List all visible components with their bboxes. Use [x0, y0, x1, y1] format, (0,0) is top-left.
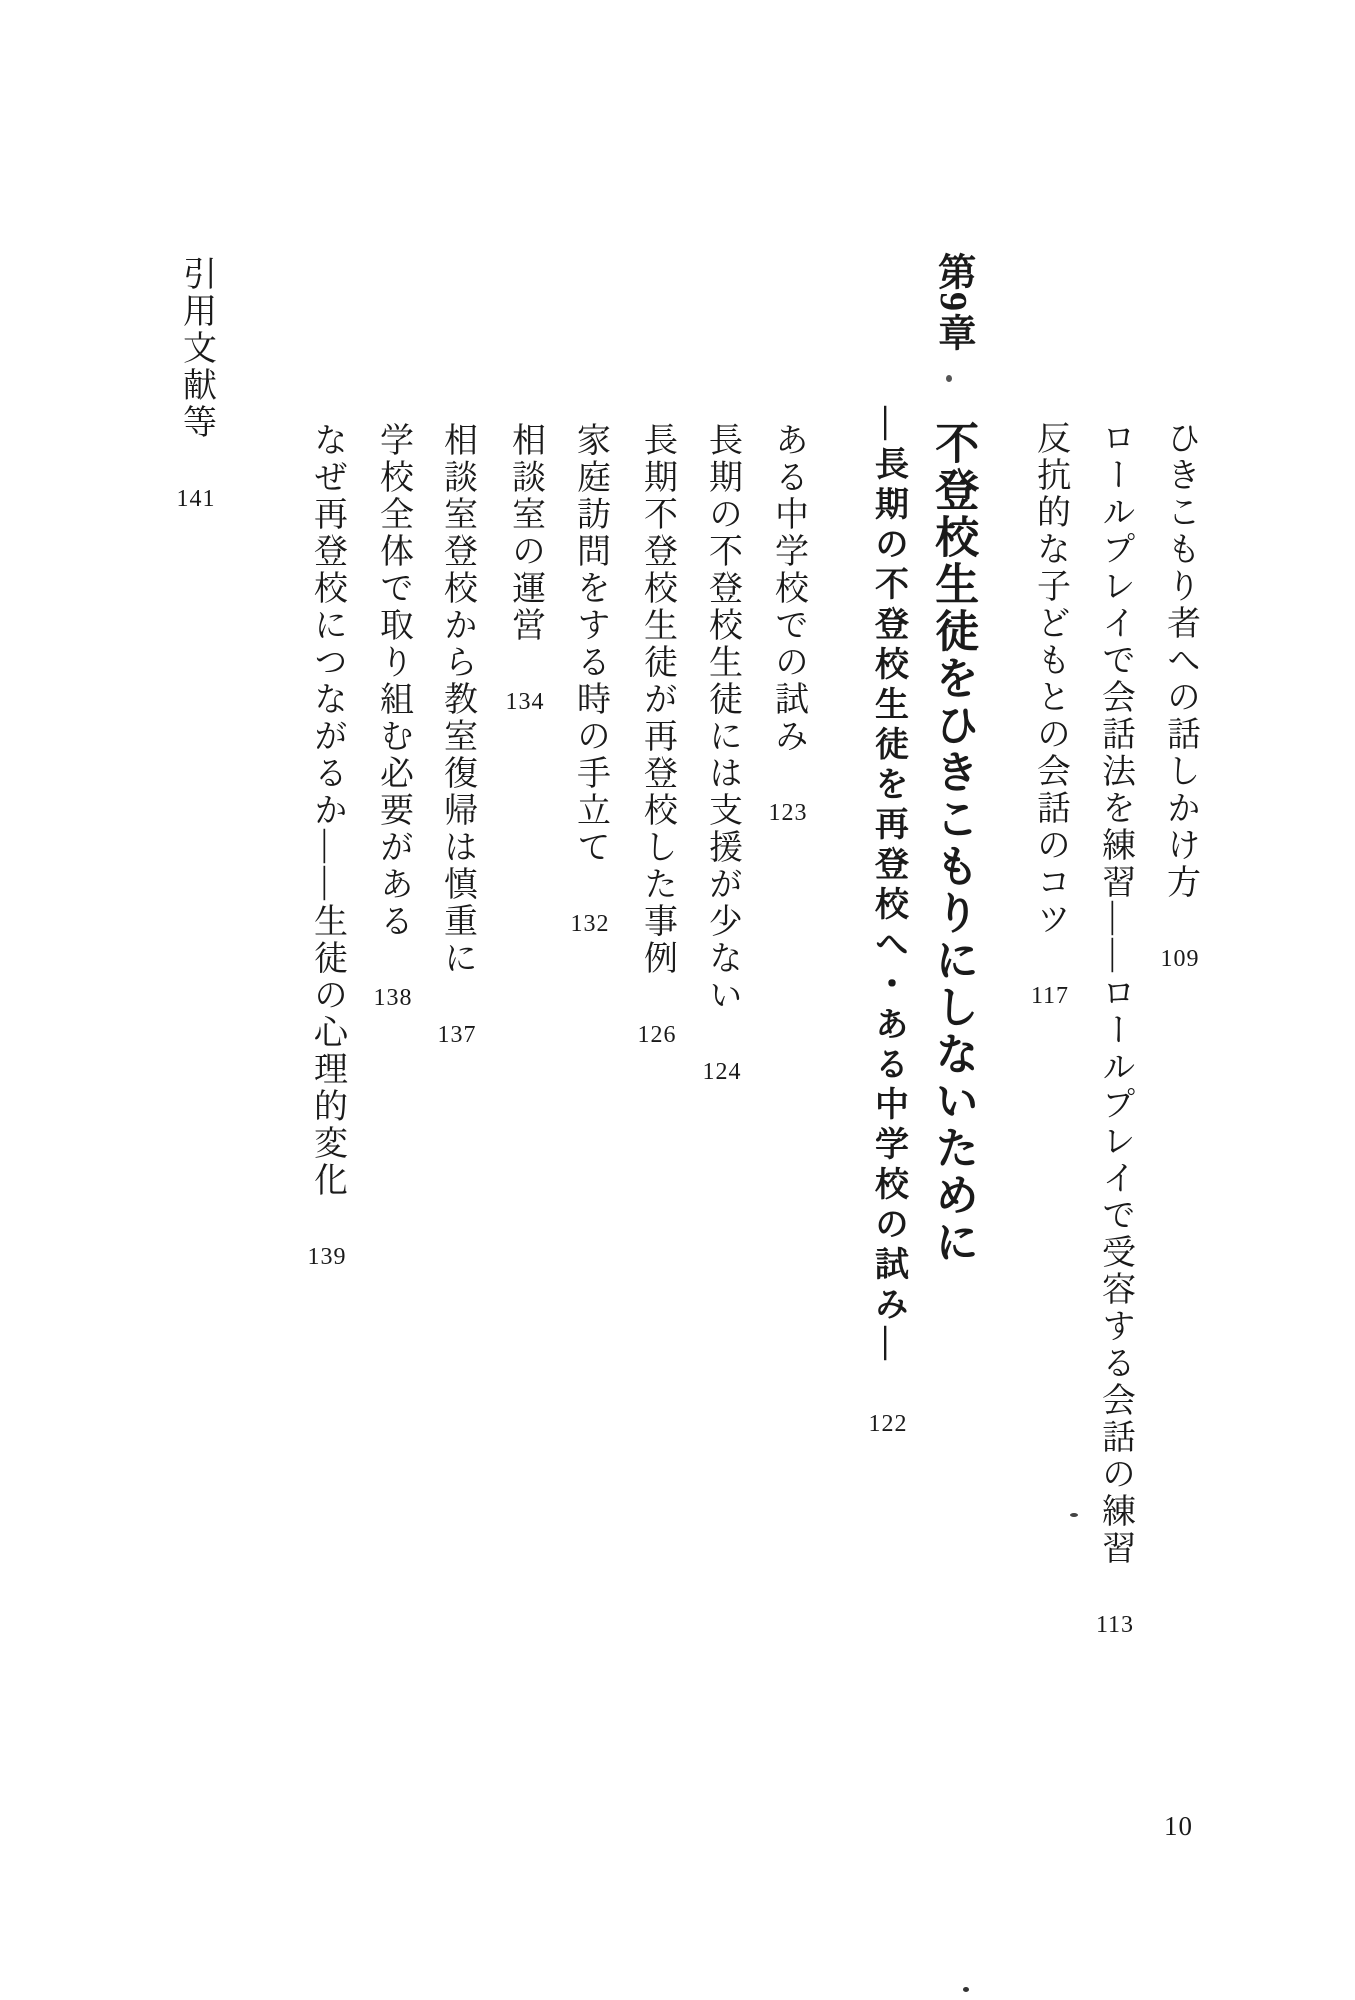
toc-entry-label: 相談室登校から教室復帰は慎重に	[437, 422, 476, 977]
toc-entry-label: ロールプレイで会話法を練習――ロールプレイで受容する会話の練習	[1095, 420, 1134, 1567]
toc-entry-page-number: 139	[308, 1245, 347, 1269]
toc-entry-pre-chapter-sections-1: ひきこもり者への話しかけ方109	[1148, 420, 1212, 971]
toc-entry-page-number: 132	[571, 912, 610, 936]
toc-entry-label: 相談室の運営	[505, 422, 544, 644]
toc-entry-label: なぜ再登校につながるか――生徒の心理的変化	[307, 422, 346, 1199]
toc-entry-label: 引用文献等	[176, 256, 215, 441]
toc-entry-page-number: 141	[177, 487, 216, 511]
toc-entry-page-number: 113	[1096, 1613, 1134, 1637]
toc-entry-chapter-sections-2: 長期の不登校生徒には支援が少ない124	[690, 422, 754, 1084]
scan-speck	[946, 375, 952, 382]
toc-entry-chapter-sections-7: 学校全体で取り組む必要がある138	[361, 422, 425, 1010]
chapter-subtitle-heading: ―長期の不登校生徒を再登校へ・ある中学校の試み― 122	[856, 406, 920, 1436]
toc-entry-chapter-sections-4: 家庭訪問をする時の手立て132	[558, 422, 622, 936]
toc-entry-chapter-sections-8: なぜ再登校につながるか――生徒の心理的変化139	[295, 422, 359, 1269]
chapter-subtitle-page-number: 122	[869, 1412, 908, 1436]
chapter-title-label: 不登校生徒をひきこもりにしないために	[927, 420, 978, 1266]
toc-entry-label: 長期の不登校生徒には支援が少ない	[702, 422, 741, 1014]
toc-entry-label: 長期不登校生徒が再登校した事例	[637, 422, 676, 977]
toc-entry-page-number: 123	[769, 801, 808, 825]
toc-entry-chapter-sections-5: 相談室の運営134	[493, 422, 557, 714]
toc-entry-page-number: 117	[1031, 984, 1069, 1008]
toc-entry-page-number: 124	[703, 1060, 742, 1084]
chapter-subtitle-label: ―長期の不登校生徒を再登校へ・ある中学校の試み―	[868, 406, 907, 1366]
chapter-number-heading: 第9章	[920, 252, 984, 353]
toc-entry-chapter-sections-6: 相談室登校から教室復帰は慎重に137	[425, 422, 489, 1047]
toc-entry-label: 家庭訪問をする時の手立て	[570, 422, 609, 866]
toc-entry-label: 反抗的な子どもとの会話のコツ	[1030, 420, 1069, 938]
chapter-title-heading: 不登校生徒をひきこもりにしないために	[920, 420, 984, 1266]
toc-entry-chapter-sections-1: ある中学校での試み123	[756, 422, 820, 825]
toc-entry-pre-chapter-sections-2: ロールプレイで会話法を練習――ロールプレイで受容する会話の練習113	[1083, 420, 1147, 1637]
toc-entry-page-number: 138	[374, 986, 413, 1010]
toc-entry-pre-chapter-sections-3: 反抗的な子どもとの会話のコツ117	[1018, 420, 1082, 1008]
toc-entry-label: ある中学校での試み	[768, 422, 807, 755]
toc-entry-back-matter-sections-1: 引用文献等141	[164, 256, 228, 511]
chapter-number-label: 第9章	[930, 252, 974, 353]
toc-entry-page-number: 137	[438, 1023, 477, 1047]
toc-entry-chapter-sections-3: 長期不登校生徒が再登校した事例126	[625, 422, 689, 1047]
toc-entry-page-number: 134	[506, 690, 545, 714]
folio-page-number: 10	[1164, 1813, 1193, 1840]
toc-entry-page-number: 109	[1161, 947, 1200, 971]
toc-entry-label: ひきこもり者への話しかけ方	[1160, 420, 1199, 901]
scan-speck	[963, 1987, 969, 1992]
toc-entry-page-number: 126	[638, 1023, 677, 1047]
toc-entry-label: 学校全体で取り組む必要がある	[373, 422, 412, 940]
scan-speck	[1070, 1513, 1078, 1517]
toc-page: 第9章 不登校生徒をひきこもりにしないために ―長期の不登校生徒を再登校へ・ある…	[0, 0, 1355, 2000]
